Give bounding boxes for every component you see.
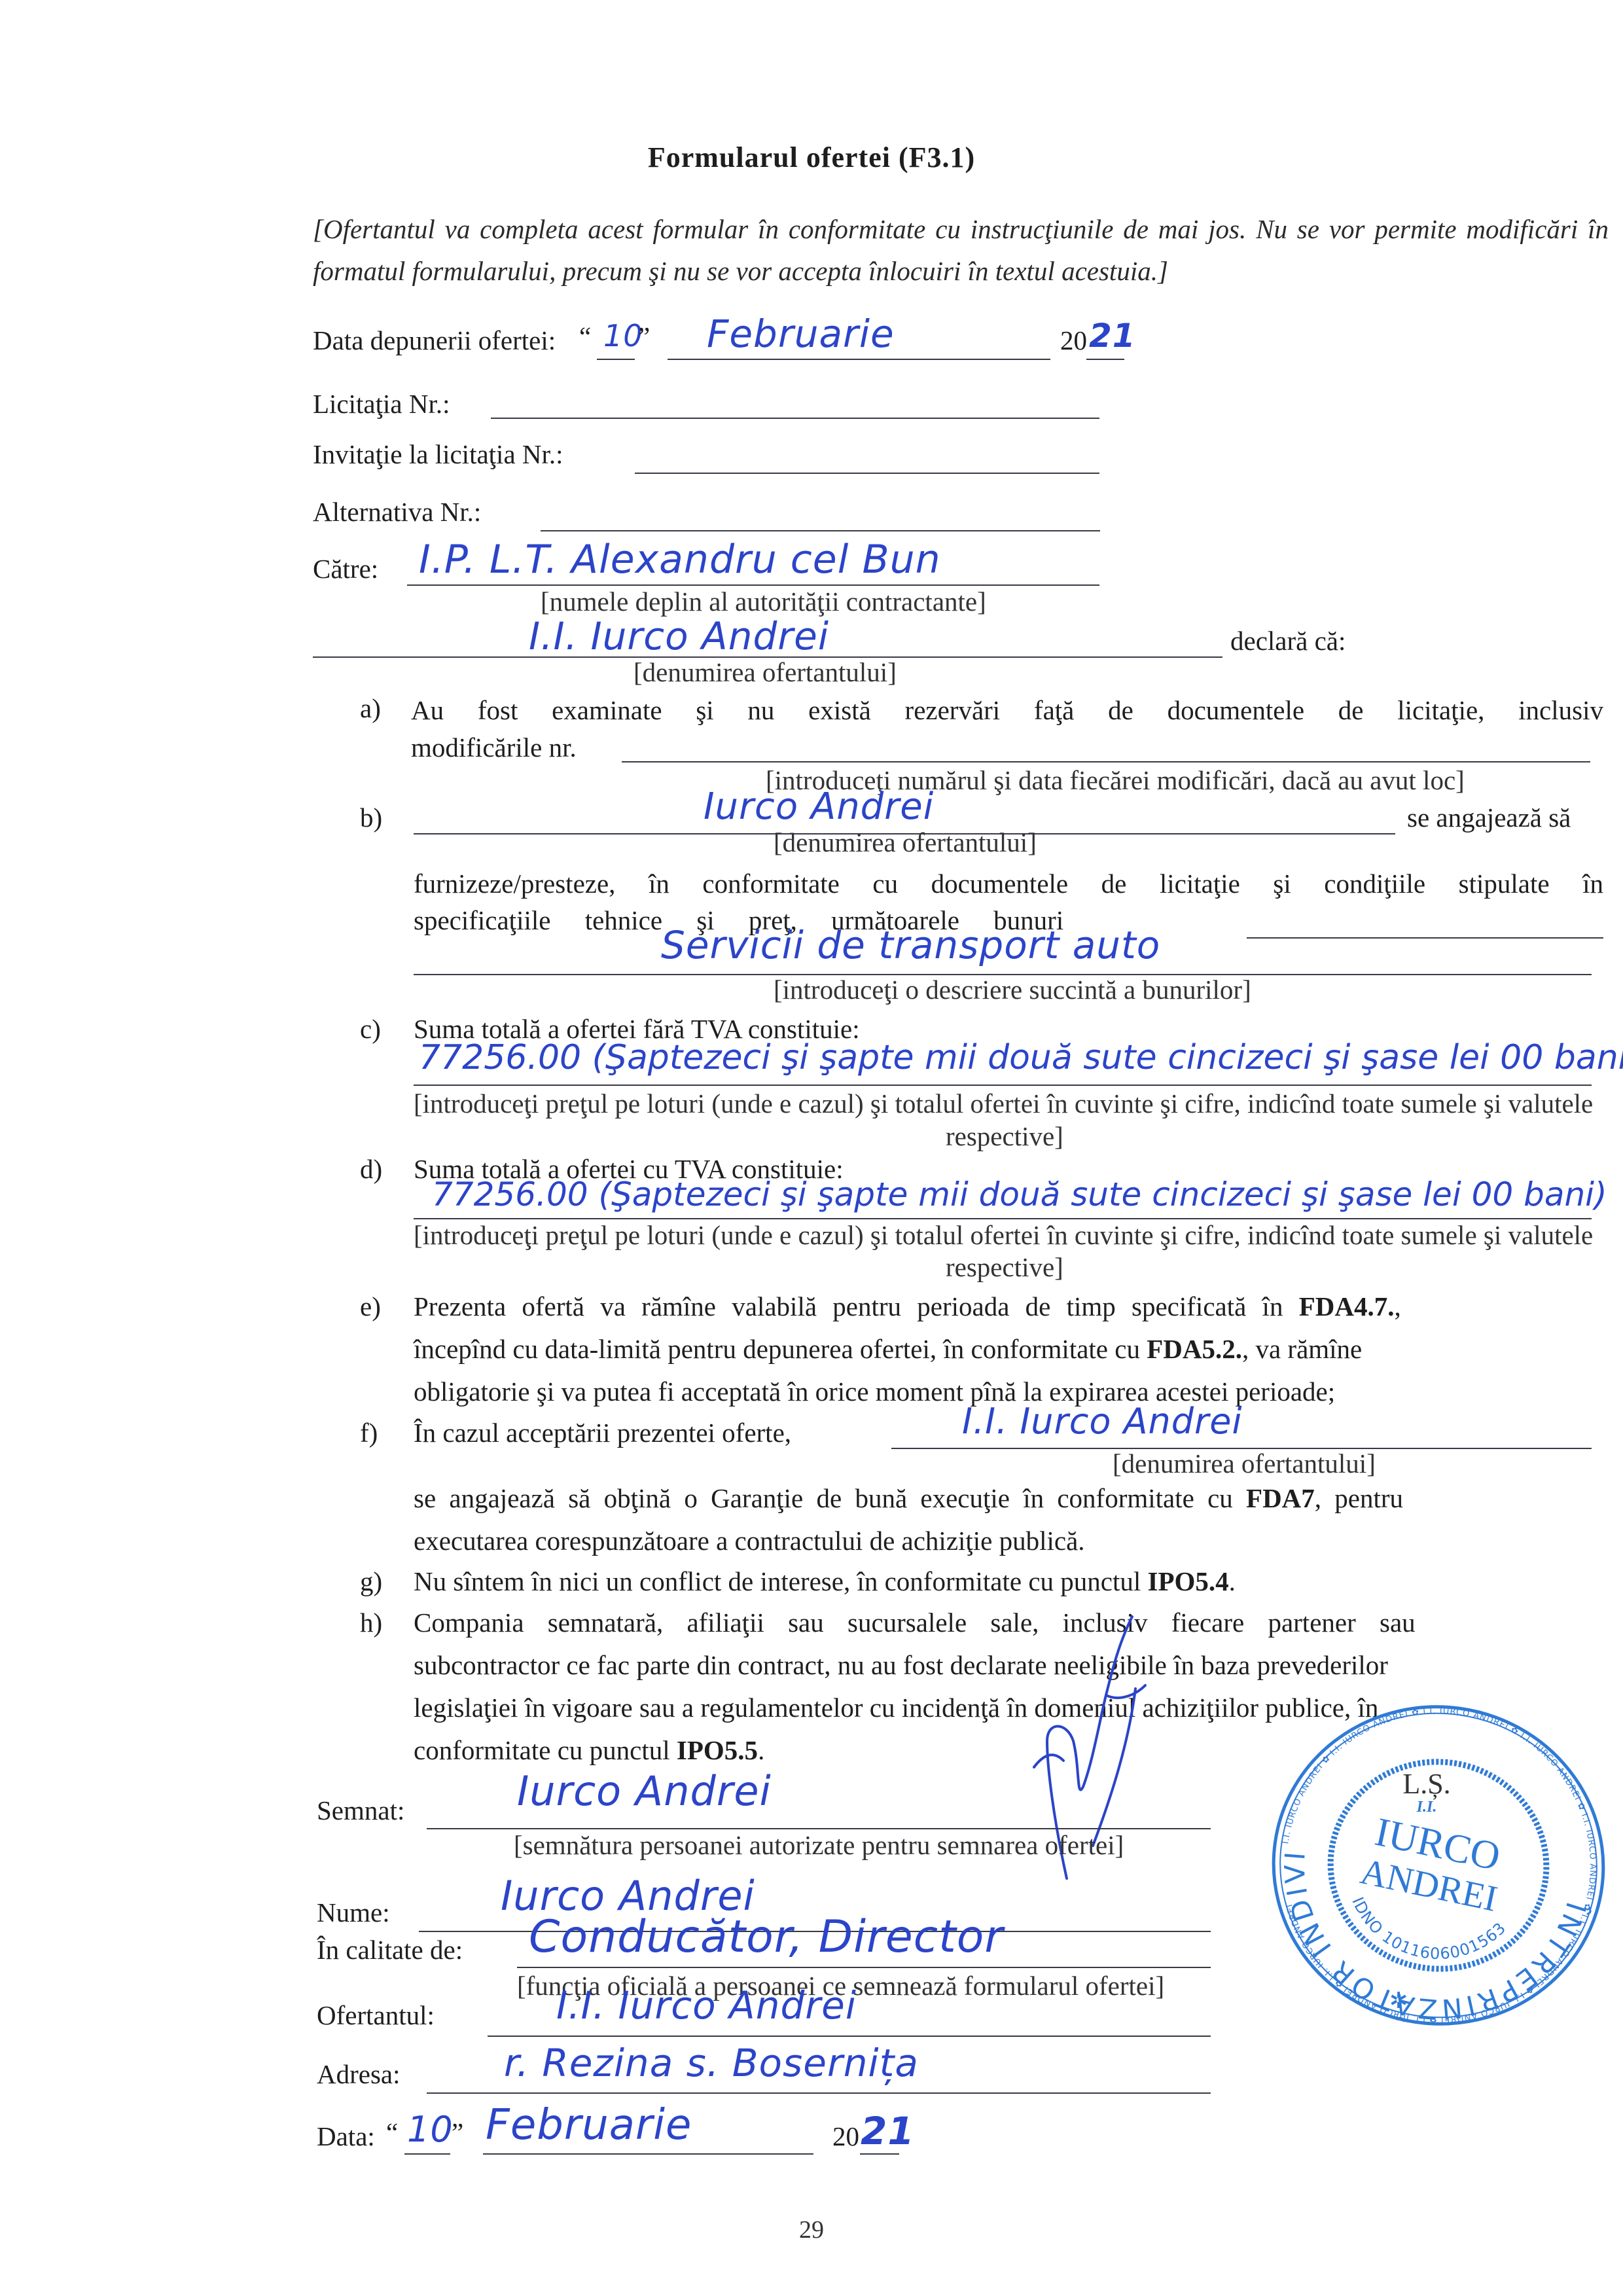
page-number: 29 xyxy=(0,2215,1623,2244)
clause-g-marker: g) xyxy=(360,1566,382,1597)
total-without-vat-value[interactable]: 77256.00 (Şaptezeci şi şapte mii două su… xyxy=(419,1038,1623,1077)
date-close-quote: ” xyxy=(452,2117,463,2148)
clause-c-marker: c) xyxy=(360,1013,381,1045)
official-stamp: I.I. IURCO ANDREI ✿ I.I. IURCO ANDREI ✿ … xyxy=(1255,1702,1622,2029)
clause-e-marker: e) xyxy=(360,1291,381,1322)
open-quote: “ xyxy=(579,321,591,352)
clause-f-bidder-value[interactable]: I.I. Iurco Andrei xyxy=(962,1401,1242,1442)
clause-h-marker: h) xyxy=(360,1607,382,1638)
stamp-prefix: I.I. xyxy=(1416,1799,1437,1816)
clause-e-line2: începînd cu data-limită pentru depunerea… xyxy=(414,1333,1362,1365)
clause-b-hint: [denumirea ofertantului] xyxy=(774,827,1037,858)
clause-f-marker: f) xyxy=(360,1417,378,1448)
clause-a-line2: modificările nr. xyxy=(411,732,577,763)
form-title: Formularul ofertei (F3.1) xyxy=(0,141,1623,174)
tender-number-label: Licitaţia Nr.: xyxy=(313,388,450,420)
form-instructions: [Ofertantul va completa acest formular î… xyxy=(313,208,1609,292)
clause-e-line1-post: , xyxy=(1394,1291,1400,1321)
submission-date-day[interactable]: 10 xyxy=(603,318,643,353)
submission-date-month[interactable]: Februarie xyxy=(707,312,895,356)
stamp-asterisk-icon: ✲ xyxy=(1389,1988,1408,2014)
clause-e-ref-fda52: FDA5.2. xyxy=(1147,1334,1242,1364)
date-year-suffix[interactable]: 21 xyxy=(861,2109,915,2153)
clause-f-hint: [denumirea ofertantului] xyxy=(1113,1448,1376,1479)
goods-description-hint: [introduceţi o descriere succintă a bunu… xyxy=(774,974,1251,1005)
alternative-number-label: Alternativa Nr.: xyxy=(313,496,481,528)
clause-h-line3: legislaţiei în vigoare sau a regulamente… xyxy=(414,1692,1378,1723)
goods-description-value[interactable]: Servicii de transport auto xyxy=(661,923,1160,967)
clause-b-suffix: se angajează să xyxy=(1407,802,1571,833)
clause-h-line4-text: conformitate cu punctul xyxy=(414,1735,677,1765)
clause-e-line1-text: Prezenta ofertă va rămîne valabilă pentr… xyxy=(414,1291,1299,1321)
clause-c-hint2: respective] xyxy=(946,1121,1063,1152)
clause-e-line2-text: începînd cu data-limită pentru depunerea… xyxy=(414,1334,1147,1364)
capacity-label: În calitate de: xyxy=(317,1934,463,1965)
bidder-name-hint: [denumirea ofertantului] xyxy=(633,656,897,688)
total-with-vat-value[interactable]: 77256.00 (Şaptezeci şi şapte mii două su… xyxy=(432,1175,1607,1213)
clause-h-ref-ipo55: IPO5.5 xyxy=(677,1735,758,1765)
tender-number-field[interactable] xyxy=(491,418,1099,419)
declares-label: declară că: xyxy=(1230,625,1346,656)
clause-f-line3: executarea corespunzătoare a contractulu… xyxy=(414,1525,1085,1556)
bidder-name-value[interactable]: I.I. Iurco Andrei xyxy=(529,614,829,658)
amendments-field[interactable] xyxy=(622,761,1590,762)
bidder-value[interactable]: I.I. Iurco Andrei xyxy=(556,1983,857,2028)
date-day[interactable]: 10 xyxy=(407,2109,454,2150)
clause-a-marker: a) xyxy=(360,692,381,724)
clause-e-line2-post: , va rămîne xyxy=(1242,1334,1362,1364)
name-label: Nume: xyxy=(317,1897,390,1928)
clause-e-line1: Prezenta ofertă va rămîne valabilă pentr… xyxy=(414,1291,1603,1322)
submission-date-label: Data depunerii ofertei: xyxy=(313,325,556,356)
clause-b-bidder-value[interactable]: Iurco Andrei xyxy=(704,785,934,828)
alternative-number-field[interactable] xyxy=(541,530,1100,531)
clause-e-ref-fda47: FDA4.7. xyxy=(1299,1291,1395,1321)
bidder-label: Ofertantul: xyxy=(317,2000,435,2031)
clause-d-marker: d) xyxy=(360,1153,382,1185)
address-value[interactable]: r. Rezina s. Bosernița xyxy=(504,2041,919,2085)
to-label: Către: xyxy=(313,553,378,584)
clause-h-line2: subcontractor ce fac parte din contract,… xyxy=(414,1649,1388,1681)
clause-g-text-post: . xyxy=(1229,1566,1236,1596)
clause-d-hint2: respective] xyxy=(946,1251,1063,1283)
close-quote: ” xyxy=(638,321,650,352)
submission-date-year-suffix[interactable]: 21 xyxy=(1089,317,1136,355)
stamp-ls-mark: L.Ș. xyxy=(1402,1768,1450,1800)
contracting-authority-hint: [numele deplin al autorităţii contractan… xyxy=(541,586,986,617)
clause-d-hint: [introduceţi preţul pe loturi (unde e ca… xyxy=(414,1219,1593,1251)
signed-value[interactable]: Iurco Andrei xyxy=(517,1767,772,1815)
date-label: Data: xyxy=(317,2121,375,2152)
contracting-authority-value[interactable]: I.P. L.T. Alexandru cel Bun xyxy=(419,537,941,583)
capacity-value[interactable]: Conducător, Director xyxy=(529,1911,1003,1963)
signed-label: Semnat: xyxy=(317,1795,404,1826)
clause-b-marker: b) xyxy=(360,802,382,833)
date-year-prefix: 20 xyxy=(832,2121,859,2152)
submission-date-year-prefix: 20 xyxy=(1060,325,1087,356)
clause-f-line2-post: , pentru xyxy=(1315,1483,1403,1513)
invitation-number-label: Invitaţie la licitaţia Nr.: xyxy=(313,439,563,470)
address-label: Adresa: xyxy=(317,2058,401,2090)
signed-hint: [semnătura persoanei autorizate pentru s… xyxy=(514,1829,1124,1861)
date-open-quote: “ xyxy=(386,2117,398,2148)
clause-h-line1: Compania semnatară, afiliaţii sau sucurs… xyxy=(414,1607,1416,1638)
clause-f-line2-text: se angajează să obţină o Garanţie de bun… xyxy=(414,1483,1246,1513)
clause-f-ref-fda7: FDA7 xyxy=(1246,1483,1315,1513)
clause-a-line1: Au fost examinate şi nu există rezervări… xyxy=(411,689,1603,732)
clause-f-prefix: În cazul acceptării prezentei oferte, xyxy=(414,1417,791,1448)
clause-h-line4-post: . xyxy=(758,1735,764,1765)
invitation-number-field[interactable] xyxy=(635,473,1099,474)
clause-h-line4: conformitate cu punctul IPO5.5. xyxy=(414,1734,764,1766)
clause-c-hint: [introduceţi preţul pe loturi (unde e ca… xyxy=(414,1088,1593,1119)
date-month[interactable]: Februarie xyxy=(486,2101,692,2149)
clause-b-line2: furnizeze/presteze, în conformitate cu d… xyxy=(414,863,1603,905)
clause-f-line2: se angajează să obţină o Garanţie de bun… xyxy=(414,1482,1403,1514)
